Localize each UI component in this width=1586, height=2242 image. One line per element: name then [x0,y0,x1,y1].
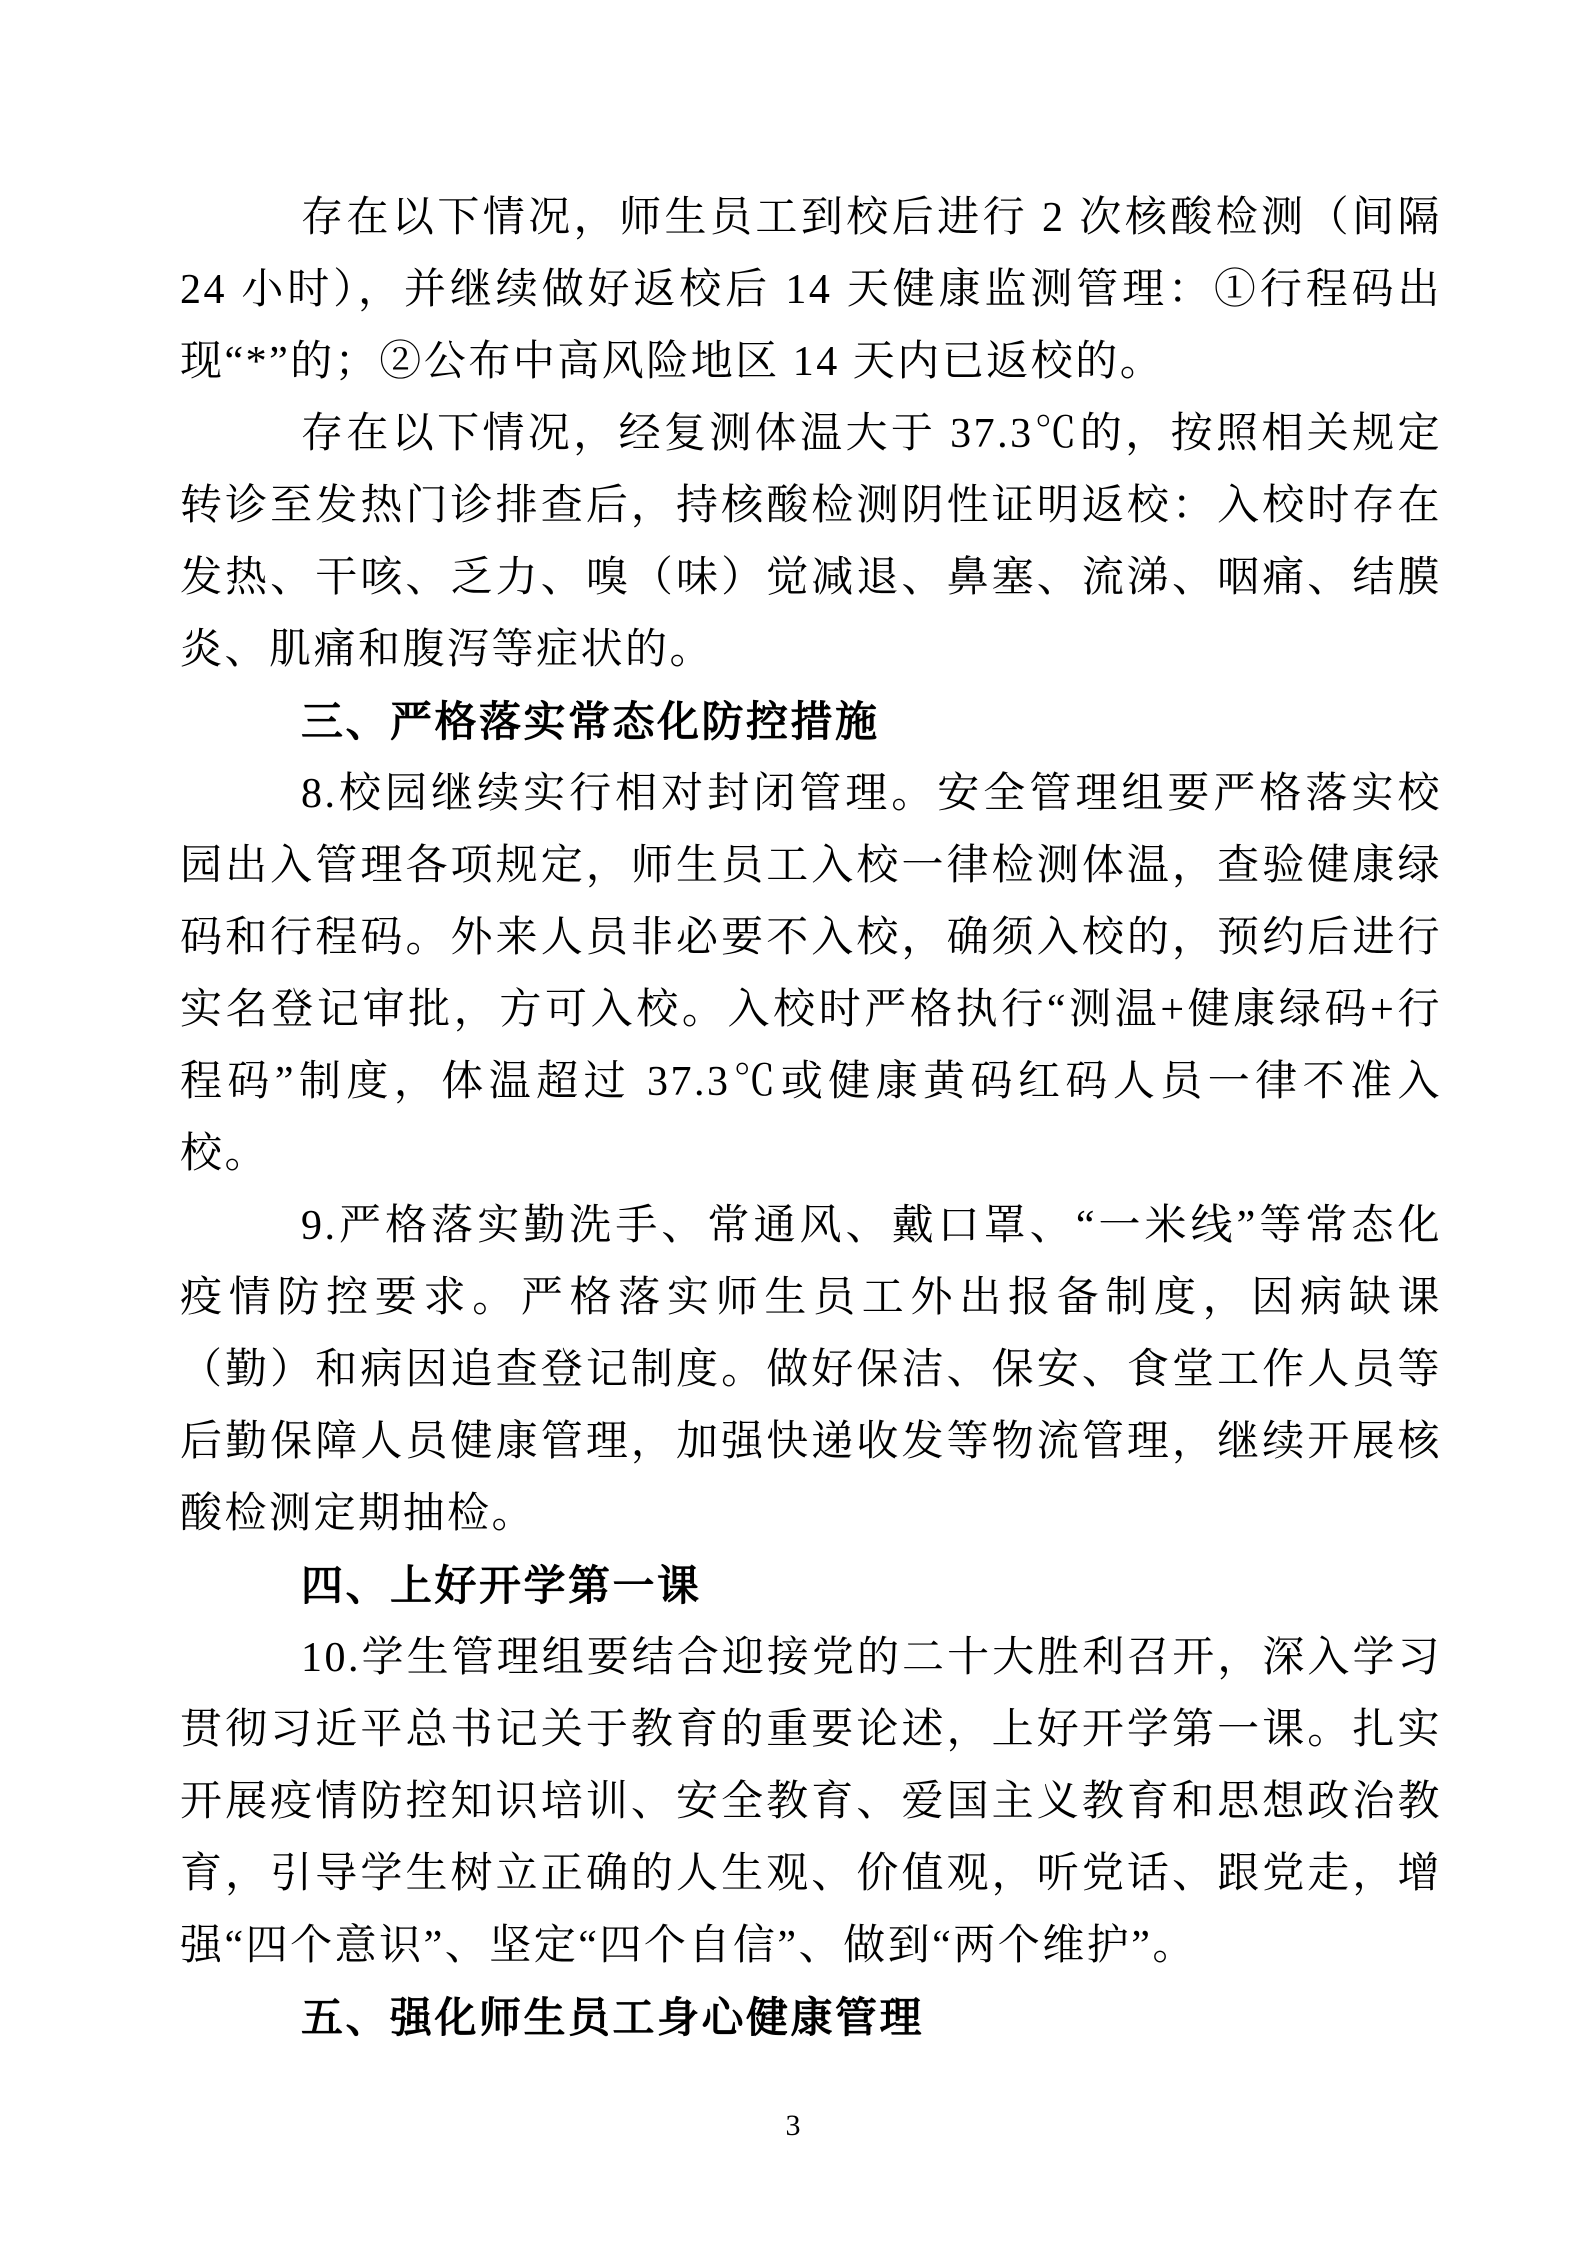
paragraph-fever-referral: 存在以下情况，经复测体温大于 37.3℃的，按照相关规定转诊至发热门诊排查后，持… [180,398,1442,686]
heading-section-four: 四、上好开学第一课 [180,1550,1442,1622]
heading-section-five: 五、强化师生员工身心健康管理 [180,1982,1442,2054]
paragraph-item-9-daily-prevention: 9.严格落实勤洗手、常通风、戴口罩、“一米线”等常态化疫情防控要求。严格落实师生… [180,1190,1442,1550]
heading-section-three: 三、严格落实常态化防控措施 [180,686,1442,758]
paragraph-item-8-campus-closed-management: 8.校园继续实行相对封闭管理。安全管理组要严格落实校园出入管理各项规定，师生员工… [180,758,1442,1190]
paragraph-item-10-first-lesson: 10.学生管理组要结合迎接党的二十大胜利召开，深入学习贯彻习近平总书记关于教育的… [180,1622,1442,1982]
page-number: 3 [0,2106,1586,2146]
document-body: 存在以下情况，师生员工到校后进行 2 次核酸检测（间隔 24 小时），并继续做好… [180,182,1442,2054]
paragraph-nucleic-acid-testing: 存在以下情况，师生员工到校后进行 2 次核酸检测（间隔 24 小时），并继续做好… [180,182,1442,398]
document-page: 存在以下情况，师生员工到校后进行 2 次核酸检测（间隔 24 小时），并继续做好… [0,0,1586,2242]
